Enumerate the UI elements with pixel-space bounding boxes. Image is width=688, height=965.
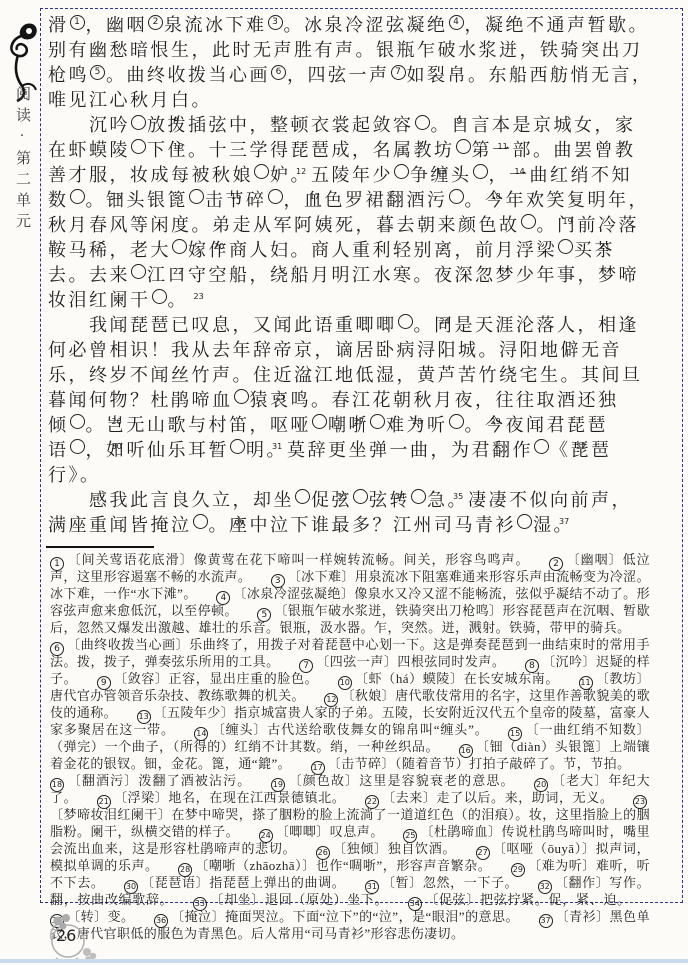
sidebar-unit-label: 阅读·第二单元 xyxy=(12,86,33,234)
circled-number: 25 xyxy=(234,389,249,404)
circled-number: 22 xyxy=(131,264,146,279)
circled-number: 7 xyxy=(299,659,313,673)
circled-number: 27 xyxy=(476,846,490,860)
circled-number: 18 xyxy=(50,778,64,792)
circled-number: 4 xyxy=(449,15,464,30)
circled-number: 13 xyxy=(137,710,151,724)
circled-number: 5 xyxy=(257,608,271,622)
footnote-entry: 22〔去来〕走了以后。来，助词，无义。 xyxy=(365,790,614,805)
footnote-entry: 10〔虾（há）蟆陵〕在长安城东南。 xyxy=(338,671,559,686)
circled-number: 36 xyxy=(193,514,208,529)
circled-number: 28 xyxy=(178,863,192,877)
circled-number: 20 xyxy=(534,778,548,792)
footnote-entry: 30〔琵琶语〕指琵琶上弹出的曲调。 xyxy=(124,875,345,890)
circled-number: 21 xyxy=(558,239,573,254)
circled-number: 1 xyxy=(70,15,85,30)
circled-number: 5 xyxy=(90,65,105,80)
circled-number: 23 xyxy=(152,289,167,304)
circled-number: 2 xyxy=(549,557,563,571)
circled-number: 31 xyxy=(365,880,379,894)
circled-number: 24 xyxy=(259,829,273,843)
circled-number: 10 xyxy=(338,676,352,690)
circled-number: 26 xyxy=(70,414,85,429)
circled-number: 15 xyxy=(508,727,522,741)
circled-number: 22 xyxy=(365,795,379,809)
circled-number: 8 xyxy=(525,659,539,673)
circled-number: 21 xyxy=(97,795,111,809)
footnote-entry: 33〔却坐〕退回（原处）坐下。 xyxy=(193,892,389,907)
circled-number: 37 xyxy=(517,514,532,529)
poem-body: 滑1，幽咽2泉流冰下难3。冰泉冷涩弦凝绝4，凝绝不通声暂歇。别有幽愁暗恨生，此时… xyxy=(48,13,654,538)
poem-paragraph: 沉吟8放拨插弦中，整顿衣裳起敛容9。自言本是京城女，家在虾蟆陵10下住。十三学得… xyxy=(48,113,654,313)
circled-number: 11 xyxy=(456,139,471,154)
circled-number: 12 xyxy=(254,164,269,179)
footnote-entry: 17〔击节碎〕（随着音节）打拍子敲碎了。节，节拍。 xyxy=(311,756,631,771)
circled-number: 7 xyxy=(391,65,406,80)
circled-number: 29 xyxy=(449,414,464,429)
footnote-entry: 18〔翻酒污〕泼翻了酒被沾污。 xyxy=(50,773,251,788)
poem-paragraph: 感我此言良久立，却坐33促弦34弦转35急。凄凄不似向前声，满座重闻皆掩泣36。… xyxy=(48,488,654,538)
circled-number: 35 xyxy=(411,489,426,504)
footnote-entry: 1〔间关莺语花底滑〕像黄莺在花下啼叫一样婉转流畅。间关，形容鸟鸣声。 xyxy=(50,552,530,567)
bottom-edge-line xyxy=(0,959,688,963)
circled-number: 6 xyxy=(271,65,286,80)
footnote-entry: 28〔嘲哳（zhāozhā）〕也作“啁哳”，形容声音繁杂。 xyxy=(178,858,491,873)
footnote-entry: 7〔四弦一声〕四根弦同时发声。 xyxy=(299,654,505,669)
circled-number: 13 xyxy=(394,164,409,179)
circled-number: 19 xyxy=(521,214,536,229)
circled-number: 34 xyxy=(408,897,422,911)
circled-number: 33 xyxy=(295,489,310,504)
circled-number: 9 xyxy=(415,115,430,130)
footnotes-block: 1〔间关莺语花底滑〕像黄莺在花下啼叫一样婉转流畅。间关，形容鸟鸣声。2〔幽咽〕低… xyxy=(50,552,650,942)
footnote-entry: 36〔掩泣〕掩面哭泣。下面“泣下”的“泣”，是“眼泪”的意思。 xyxy=(154,909,519,924)
circled-number: 36 xyxy=(154,914,168,928)
circled-number: 32 xyxy=(534,439,549,454)
circled-number: 19 xyxy=(271,778,285,792)
circled-number: 31 xyxy=(230,439,245,454)
circled-number: 17 xyxy=(311,761,325,775)
circled-number: 26 xyxy=(316,846,330,860)
circled-number: 16 xyxy=(189,189,204,204)
circled-number: 11 xyxy=(579,676,593,690)
footnote-entry: 9〔敛容〕正容，显出庄重的脸色。 xyxy=(97,671,319,686)
circled-number: 14 xyxy=(473,164,488,179)
circled-number: 27 xyxy=(312,414,327,429)
circled-number: 15 xyxy=(70,189,85,204)
circled-number: 2 xyxy=(148,15,163,30)
circled-number: 28 xyxy=(370,414,385,429)
circled-number: 8 xyxy=(131,115,146,130)
footnote-entry: 14〔缠头〕古代送给歌伎舞女的锦帛叫“缠头”。 xyxy=(194,722,488,737)
footnote-entry: 21〔浮梁〕地名，在现在江西景德镇北。 xyxy=(97,790,346,805)
footnote-entry: 26〔独倾〕独自饮酒。 xyxy=(316,841,456,856)
circled-number: 30 xyxy=(70,439,85,454)
circled-number: 10 xyxy=(131,139,146,154)
circled-number: 3 xyxy=(271,574,285,588)
circled-number: 25 xyxy=(403,829,417,843)
poem-paragraph: 滑1，幽咽2泉流冰下难3。冰泉冷涩弦凝绝4，凝绝不通声暂歇。别有幽愁暗恨生，此时… xyxy=(48,13,654,113)
footnote-entry: 19〔颜色故〕这里是容貌衰老的意思。 xyxy=(271,773,515,788)
circled-number: 17 xyxy=(268,189,283,204)
circled-number: 23 xyxy=(633,795,647,809)
circled-number: 32 xyxy=(538,880,552,894)
footnote-separator xyxy=(46,546,154,548)
circled-number: 18 xyxy=(449,189,464,204)
circled-number: 34 xyxy=(353,489,368,504)
circled-number: 4 xyxy=(216,591,230,605)
circled-number: 9 xyxy=(97,676,111,690)
circled-number: 24 xyxy=(398,314,413,329)
circled-number: 3 xyxy=(268,15,283,30)
poem-paragraph: 我闻琵琶已叹息，又闻此语重唧唧24。同是天涯沦落人，相逢何必曾相识！我从去年辞帝… xyxy=(48,313,654,488)
circled-number: 33 xyxy=(193,897,207,911)
textbook-page: { "page": { "number": "26", "sidebar_lab… xyxy=(0,0,688,965)
circled-number: 30 xyxy=(124,880,138,894)
circled-number: 20 xyxy=(172,239,187,254)
footnote-entry: 24〔唧唧〕叹息声。 xyxy=(259,824,384,839)
circled-number: 6 xyxy=(50,642,64,656)
footnote-entry: 34〔促弦〕把弦拧紧。促，紧、迫。 xyxy=(408,892,631,907)
circled-number: 37 xyxy=(539,914,553,928)
page-number: 26 xyxy=(56,926,76,945)
circled-number: 16 xyxy=(459,744,473,758)
footnote-entry: 31〔暂〕忽然，一下子。 xyxy=(365,875,518,890)
circled-number: 1 xyxy=(50,557,64,571)
circled-number: 29 xyxy=(511,863,525,877)
